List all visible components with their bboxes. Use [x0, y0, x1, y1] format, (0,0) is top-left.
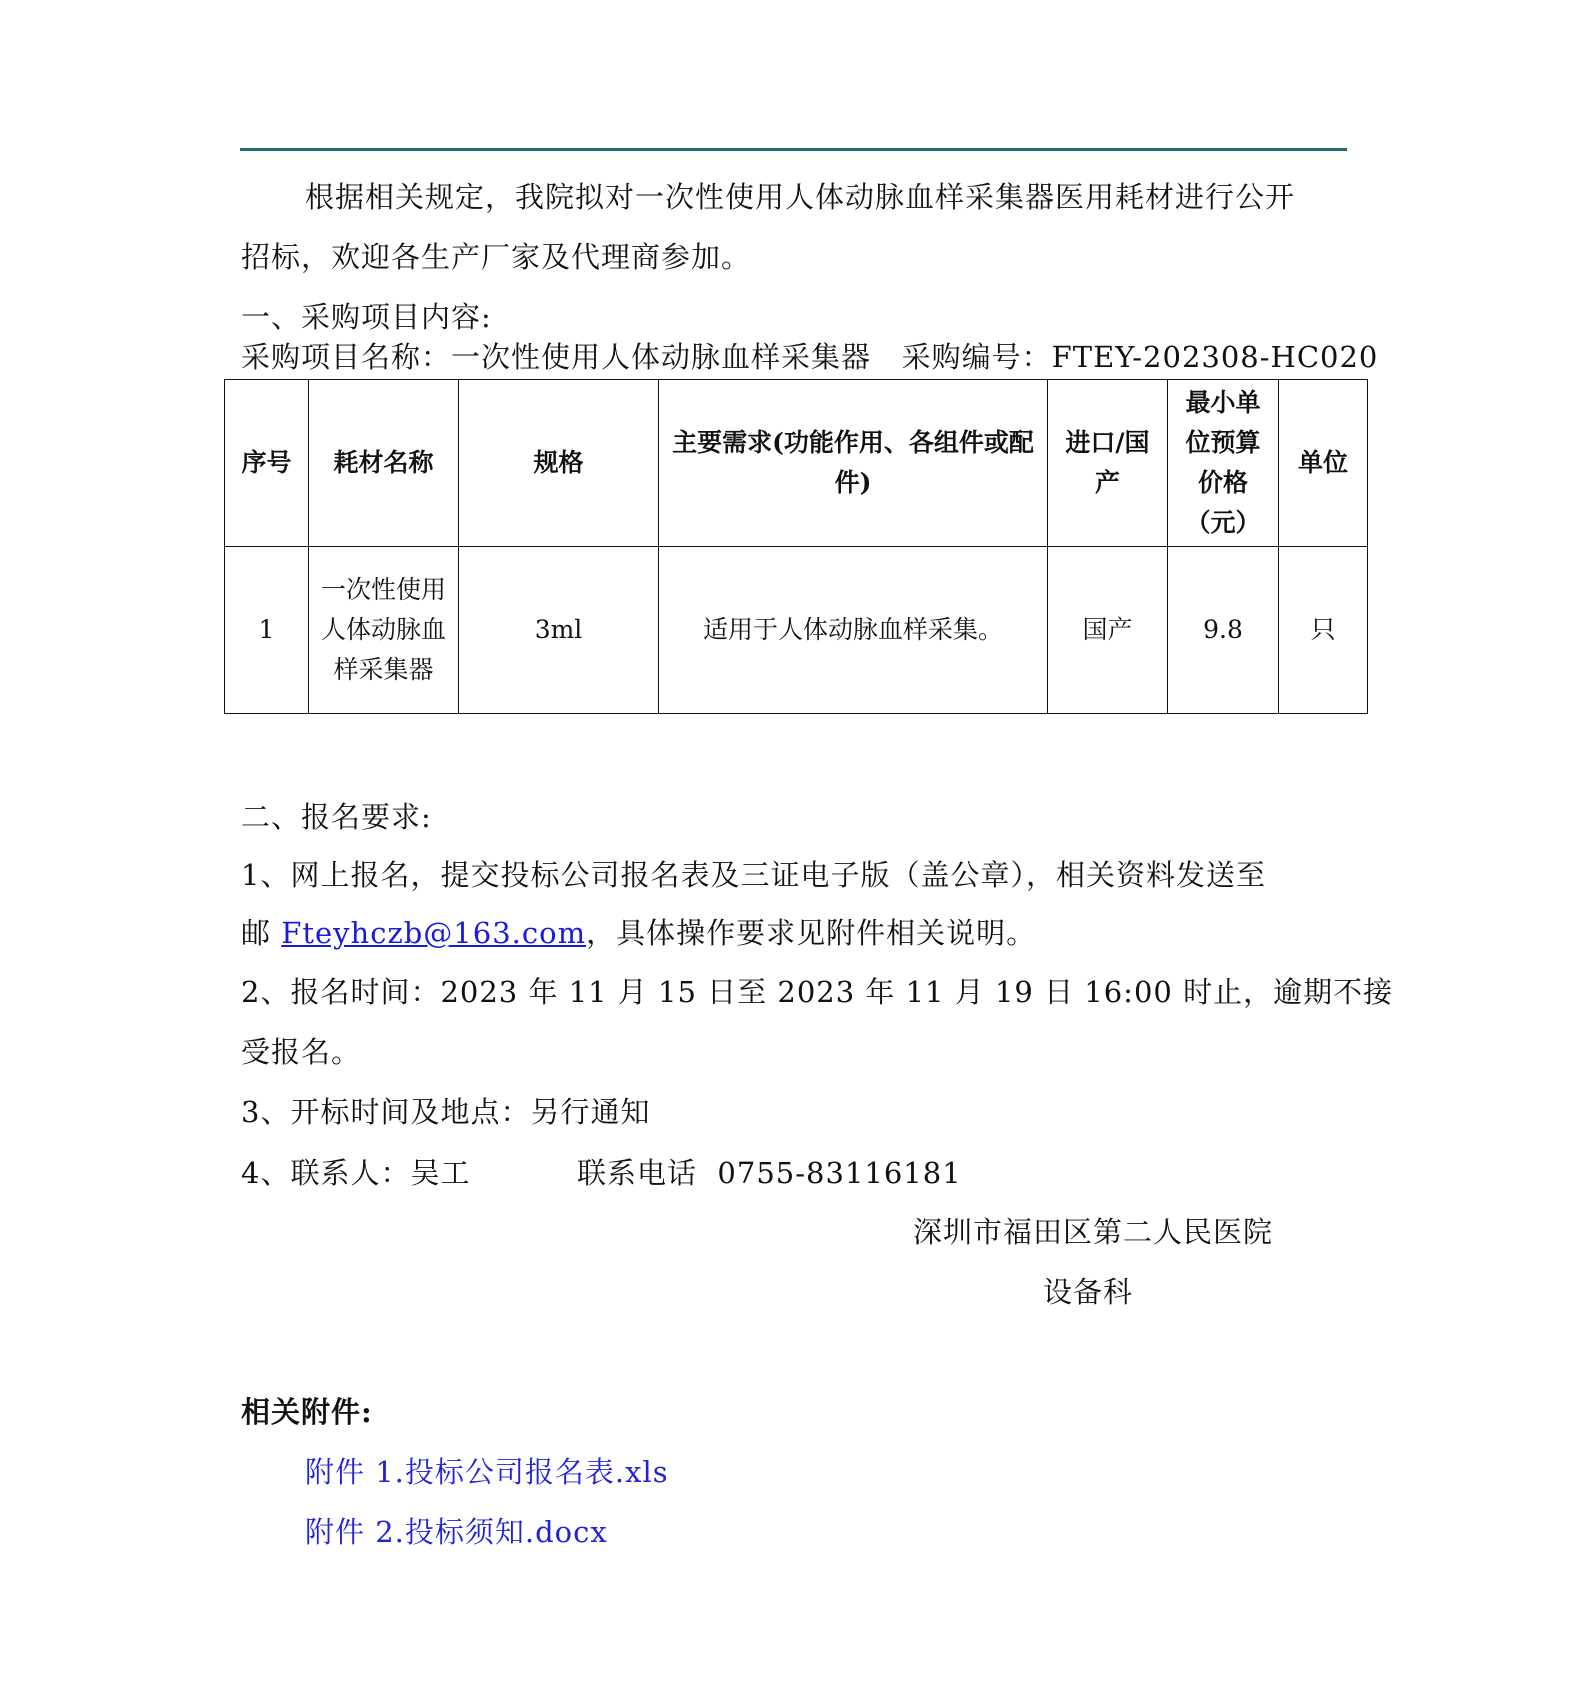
item2-line-1: 2、报名时间：2023 年 11 月 15 日至 2023 年 11 月 19 …	[241, 972, 1393, 1012]
table-header-row: 序号 耗材名称 规格 主要需求(功能作用、各组件或配件) 进口/国产 最小单位预…	[225, 380, 1368, 547]
header-origin: 进口/国产	[1048, 380, 1168, 547]
section1-heading: 一、采购项目内容:	[241, 297, 492, 337]
header-name: 耗材名称	[309, 380, 459, 547]
item1-line-1: 1、网上报名，提交投标公司报名表及三证电子版（盖公章），相关资料发送至	[241, 855, 1266, 895]
project-name-line: 采购项目名称：一次性使用人体动脉血样采集器 采购编号：FTEY-202308-H…	[241, 337, 1378, 377]
item4-phone: 联系电话 0755-83116181	[577, 1153, 962, 1193]
intro-line-1: 根据相关规定，我院拟对一次性使用人体动脉血样采集器医用耗材进行公开	[305, 177, 1295, 217]
item1-suffix: ，具体操作要求见附件相关说明。	[586, 916, 1036, 950]
item1-line-2: 邮 Fteyhczb@163.com，具体操作要求见附件相关说明。	[241, 913, 1036, 953]
header-index: 序号	[225, 380, 309, 547]
cell-unit: 只	[1279, 547, 1368, 714]
item1-prefix: 邮	[241, 916, 281, 950]
header-rule	[240, 148, 1347, 151]
header-spec: 规格	[459, 380, 659, 547]
procurement-table: 序号 耗材名称 规格 主要需求(功能作用、各组件或配件) 进口/国产 最小单位预…	[224, 379, 1368, 714]
header-requirement: 主要需求(功能作用、各组件或配件)	[659, 380, 1048, 547]
cell-name: 一次性使用人体动脉血样采集器	[309, 547, 459, 714]
item3: 3、开标时间及地点：另行通知	[241, 1092, 650, 1132]
item2-line-2: 受报名。	[241, 1032, 361, 1072]
attachment-link-1[interactable]: 附件 1.投标公司报名表.xls	[305, 1452, 669, 1492]
cell-origin: 国产	[1048, 547, 1168, 714]
cell-requirement: 适用于人体动脉血样采集。	[659, 547, 1048, 714]
table-row: 1 一次性使用人体动脉血样采集器 3ml 适用于人体动脉血样采集。 国产 9.8…	[225, 547, 1368, 714]
attachment-link-2[interactable]: 附件 2.投标须知.docx	[305, 1512, 608, 1552]
email-link[interactable]: Fteyhczb@163.com	[281, 916, 586, 950]
cell-price: 9.8	[1168, 547, 1279, 714]
signature-dept: 设备科	[1043, 1272, 1133, 1312]
item4-contact: 4、联系人：吴工	[241, 1153, 470, 1193]
signature-org: 深圳市福田区第二人民医院	[913, 1212, 1273, 1252]
attachments-heading: 相关附件:	[241, 1392, 373, 1432]
header-unit: 单位	[1279, 380, 1368, 547]
intro-line-2: 招标，欢迎各生产厂家及代理商参加。	[241, 237, 751, 277]
cell-index: 1	[225, 547, 309, 714]
header-price: 最小单位预算价格（元）	[1168, 380, 1279, 547]
cell-spec: 3ml	[459, 547, 659, 714]
section2-heading: 二、报名要求:	[241, 797, 432, 837]
